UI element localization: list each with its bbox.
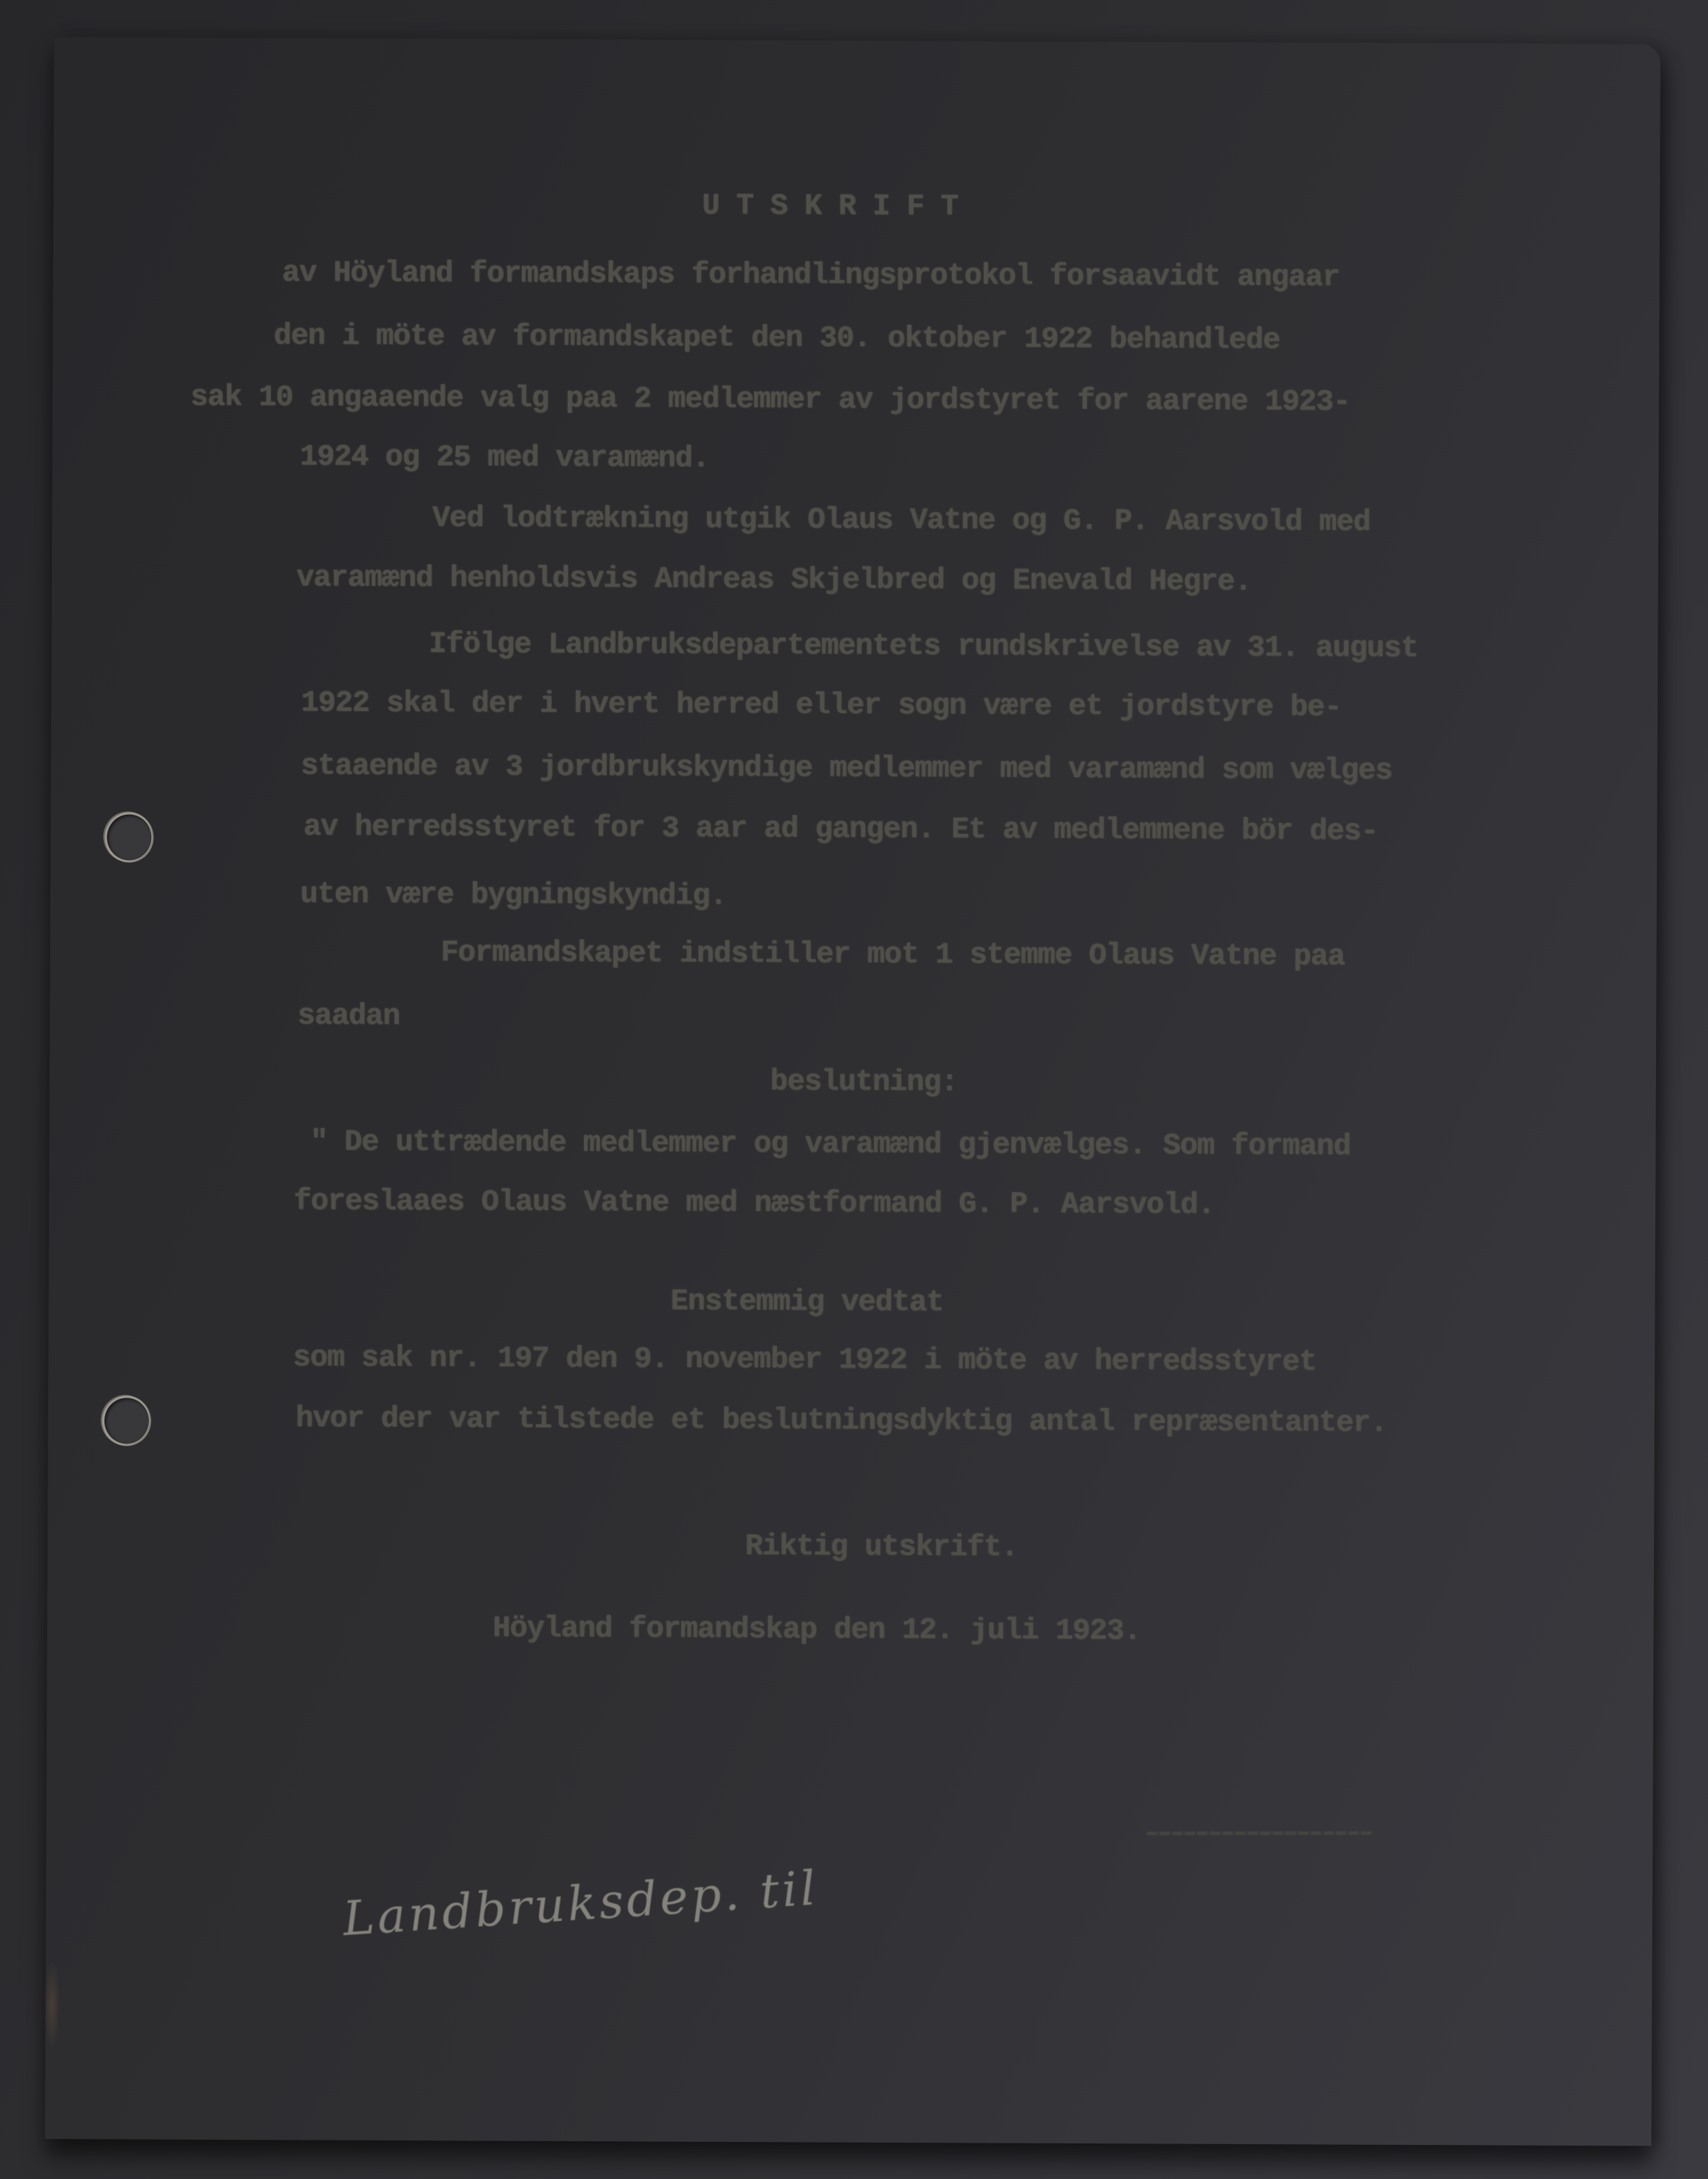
typed-line: 1924 og 25 med varamænd. [299, 440, 709, 476]
typed-text-block: U T S K R I F Tav Höyland formandskaps f… [54, 37, 1661, 44]
typed-line: saadan [297, 999, 400, 1034]
typed-line: Riktig utskrift. [745, 1530, 1018, 1566]
typed-line: Ved lodtrækning utgik Olaus Vatne og G. … [432, 502, 1370, 540]
paper-sheet: U T S K R I F Tav Höyland formandskaps f… [45, 37, 1661, 2146]
typed-line: 1922 skal der i hvert herred eller sogn … [301, 687, 1341, 725]
typed-line: beslutning: [770, 1065, 958, 1100]
signature-line [1147, 1831, 1373, 1836]
typed-line: hvor der var tilstede et beslutningsdykt… [296, 1402, 1387, 1441]
typed-line: den i möte av formandskapet den 30. okto… [274, 320, 1280, 358]
punch-hole-icon [107, 814, 151, 860]
typed-line: U T S K R I F T [702, 190, 958, 225]
punch-hole-icon [105, 1398, 149, 1444]
typed-line: Enstemmig vedtat [670, 1286, 943, 1321]
typed-line: " De uttrædende medlemmer og varamænd gj… [310, 1126, 1350, 1165]
typed-line: av Höyland formandskaps forhandlingsprot… [282, 257, 1340, 295]
scanned-document-photo: { "document": { "kind": "typewritten arc… [0, 0, 1708, 2179]
handwritten-note: Landbruksdep. til [341, 1862, 820, 1945]
typed-line: sak 10 angaaende valg paa 2 medlemmer av… [191, 381, 1350, 420]
paper-stain [42, 1950, 62, 2061]
typed-line: varamænd henholdsvis Andreas Skjelbred o… [297, 561, 1251, 600]
typed-line: foreslaaes Olaus Vatne med næstformand G… [294, 1185, 1214, 1223]
typed-line: staaende av 3 jordbrukskyndige medlemmer… [301, 750, 1392, 788]
typed-line: som sak nr. 197 den 9. november 1922 i m… [293, 1341, 1316, 1380]
typed-line: Ifölge Landbruksdepartementets rundskriv… [428, 628, 1417, 667]
typed-line: Höyland formandskap den 12. juli 1923. [493, 1613, 1141, 1650]
typed-line: uten være bygningskyndig. [300, 878, 726, 914]
typed-line: av herredsstyret for 3 aar ad gangen. Et… [303, 810, 1377, 849]
typed-line: Formandskapet indstiller mot 1 stemme Ol… [441, 936, 1345, 974]
